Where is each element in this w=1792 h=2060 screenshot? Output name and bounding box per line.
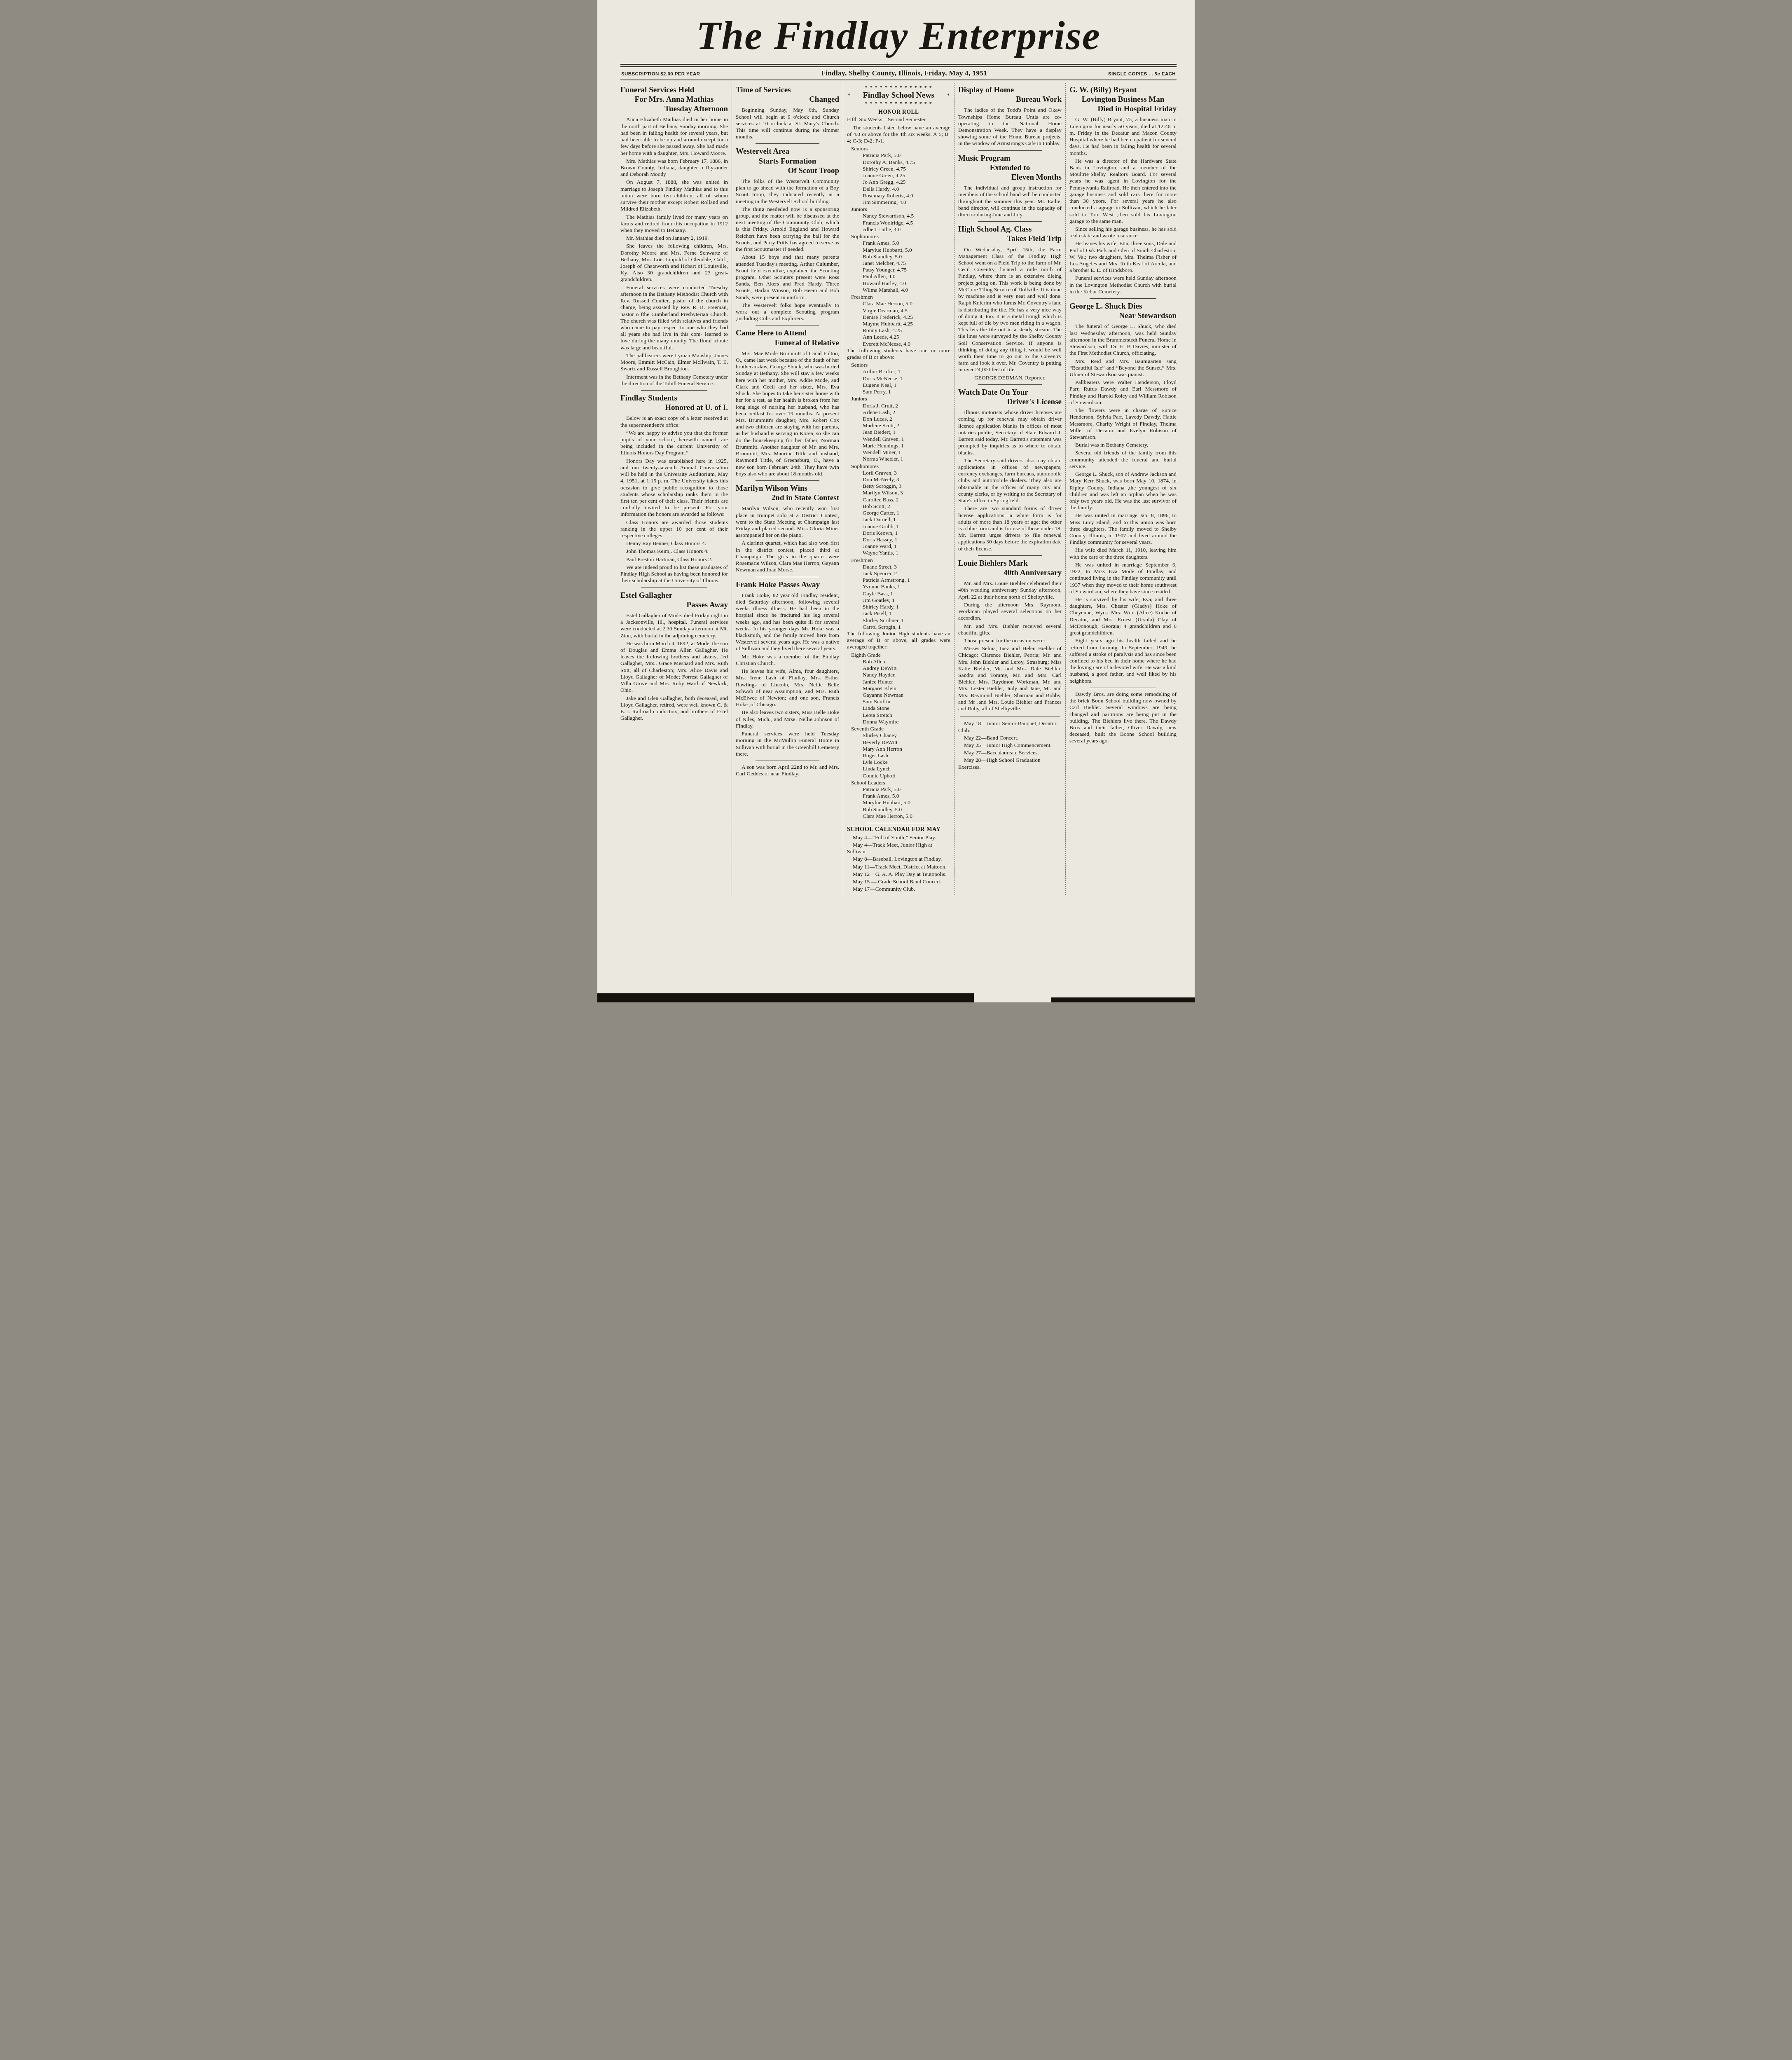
- article-george-shuck-dies: George L. Shuck DiesNear StewardsonThe f…: [1069, 302, 1177, 688]
- headline-line: Marilyn Wilson Wins: [736, 484, 839, 493]
- honor-roll-name: Nancy Hayden: [863, 672, 950, 678]
- column-3: * * * * * * * * * * * * * **Findlay Scho…: [843, 83, 954, 895]
- paragraph: Anna Elizabeth Mathias died in her home …: [620, 116, 728, 156]
- honor-roll-name: Patricia Park, 5.0: [863, 786, 950, 793]
- honor-roll-name: Shirley Hardy, 1: [863, 604, 950, 610]
- honor-roll-name: Frank Ames, 5.0: [863, 240, 950, 246]
- honor-roll-name: Frank Ames, 5.0: [863, 793, 950, 799]
- article-gw-billy-bryant-died: G. W. (Billy) BryantLovington Business M…: [1069, 85, 1177, 299]
- honor-roll-name: Shirley Scribner, 1: [863, 617, 950, 624]
- class-group-label: Juniors: [851, 206, 950, 213]
- paragraph: He was united in marriage September 6, 1…: [1069, 562, 1177, 595]
- honor-roll-name: Shirley Green, 4.75: [863, 166, 950, 172]
- paragraph: John Thomas Keim,. Class Honors 4.: [620, 548, 728, 555]
- calendar-item: May 27—Baccalaureate Services.: [958, 749, 1062, 756]
- honor-roll-name: Duane Street, 3: [863, 564, 950, 570]
- calendar-item: May 4—“Full of Youth,” Senior Play.: [847, 834, 950, 841]
- paragraph: Class Honors are awarded those students …: [620, 519, 728, 539]
- school-news-banner: * * * * * * * * * * * * * **Findlay Scho…: [847, 84, 950, 107]
- single-copy-price: SINGLE COPIES . . 5c EACH: [1108, 72, 1176, 77]
- honor-roll-name: Dorothy A. Banks, 4.75: [863, 159, 950, 166]
- headline-line: Funeral Services Held: [620, 85, 728, 95]
- headline-line: Extended to: [958, 163, 1062, 173]
- section-divider: [641, 390, 708, 391]
- paragraph: He also leaves two sisters, Miss Belle H…: [736, 709, 839, 729]
- article-time-of-services-changed: Time of ServicesChangedBeginning Sunday,…: [736, 85, 839, 144]
- class-group-label: Seniors: [851, 362, 950, 368]
- honor-roll-name: Wilma Marshall, 4.0: [863, 287, 950, 293]
- paragraph: Misses Selma, Inez and Helen Biehler of …: [958, 645, 1062, 712]
- article-headline: Frank Hoke Passes Away: [736, 580, 839, 590]
- section-divider: [978, 150, 1042, 151]
- honor-roll-name: Jim Simmering, 4.0: [863, 199, 950, 206]
- class-group-label: Freshmen: [851, 294, 950, 300]
- headline-line: Findlay Students: [620, 393, 728, 403]
- article-ag-class-field-trip: High School Ag. ClassTakes Field TripOn …: [958, 225, 1062, 385]
- honor-roll-name: Jean Biedert, 1: [863, 429, 950, 435]
- star-row: * * * * * * * * * * * * * *: [847, 101, 950, 107]
- honor-roll-name: Lyle Locke: [863, 759, 950, 765]
- article-dawdy-bros-remodeling: Dawdy Bros. are doing some remodeling of…: [1069, 691, 1177, 744]
- honor-roll-name: Norma Wheeler, 1: [863, 456, 950, 462]
- headline-line: Came Here to Attend: [736, 328, 839, 338]
- section-divider: [978, 555, 1042, 556]
- section-subhead: HONOR ROLL: [847, 109, 950, 115]
- paragraph: The ladies of the Todd's Point and Okaw …: [958, 107, 1062, 147]
- honor-roll-name: Mary Ann Herron: [863, 746, 950, 752]
- honor-roll-name: Janet Melcher, 4.75: [863, 260, 950, 267]
- honor-roll-name: Don Lucas, 2: [863, 416, 950, 422]
- honor-roll-name: Gayle Bass, 1: [863, 590, 950, 597]
- paragraph: The funeral of George L. Shuck, who died…: [1069, 323, 1177, 356]
- honor-roll-name: Beverly DeWitt: [863, 739, 950, 746]
- class-group-label: School Leaders: [851, 780, 950, 786]
- honor-roll-name: Linda Lynch: [863, 765, 950, 772]
- honor-roll-name: Patsy Younger, 4.75: [863, 267, 950, 273]
- paragraph: A son was born April 22nd to Mr. and Mrs…: [736, 764, 839, 777]
- article-headline: High School Ag. ClassTakes Field Trip: [958, 225, 1062, 243]
- section-divider: [1090, 298, 1156, 299]
- paragraph: Since selling his garage business, he ha…: [1069, 226, 1177, 239]
- honor-roll-name: Ronny Lash, 4.25: [863, 327, 950, 334]
- article-headline: Time of ServicesChanged: [736, 85, 839, 104]
- section-divider: [867, 823, 931, 823]
- paragraph: Mr. and Mrs. Louie Biehler celebrated th…: [958, 580, 1062, 600]
- paragraph: Mrs. Mae Mode Brummitt of Canal Fulton, …: [736, 350, 839, 477]
- reporter-byline: GEORGE DEDMAN, Reporter.: [958, 375, 1062, 381]
- article-headline: Came Here to AttendFuneral of Relative: [736, 328, 839, 347]
- paragraph: He was a director of the Hardware State …: [1069, 158, 1177, 225]
- paragraph: Jake and Glen Gallagher, both deceased, …: [620, 695, 728, 722]
- headline-line: 40th Anniversary: [958, 568, 1062, 578]
- honor-roll-name: Doris Hassey, 1: [863, 536, 950, 543]
- headline-line: For Mrs. Anna Mathias: [620, 95, 728, 104]
- honor-roll-name: Wendell Miner, 1: [863, 449, 950, 456]
- honor-roll-name: Loril Graven, 3: [863, 470, 950, 476]
- section-divider: [756, 480, 820, 481]
- honor-roll-name: Ann Leeds, 4.25: [863, 334, 950, 340]
- honor-roll-name: Joanne Grubb, 1: [863, 523, 950, 530]
- article-headline: Louie Biehlers Mark40th Anniversary: [958, 559, 1062, 578]
- paragraph: He leaves his wife, Alma, four daughters…: [736, 668, 839, 708]
- article-headline: Findlay StudentsHonored at U. of I.: [620, 393, 728, 412]
- article-louie-biehlers-anniversary: Louie Biehlers Mark40th AnniversaryMr. a…: [958, 559, 1062, 717]
- honor-roll-name: Mayme Hubbartt, 4.25: [863, 321, 950, 327]
- honor-roll-name: Joanne Ward, 1: [863, 543, 950, 550]
- masthead-double-rule: [620, 64, 1177, 67]
- paragraph: Pallbearers were Walter Henderson, Floyd…: [1069, 379, 1177, 406]
- class-group-label: Seventh Grade: [851, 726, 950, 732]
- calendar-item: May 12—G. A. A. Play Day at Teutopolis.: [847, 871, 950, 878]
- paragraph: Mr. and Mrs. Biehler received several eb…: [958, 623, 1062, 636]
- article-music-program-extended: Music ProgramExtended toEleven MonthsThe…: [958, 154, 1062, 222]
- honor-roll-name: Della Hardy, 4.0: [863, 186, 950, 192]
- paragraph: Estel Gallagher of Mode. died Friday nig…: [620, 612, 728, 639]
- honor-roll-name: Donna Waymire: [863, 719, 950, 725]
- scan-edge-artifact: [597, 993, 974, 1002]
- article-headline: Estel GallagherPasses Away: [620, 591, 728, 610]
- body-columns: Funeral Services HeldFor Mrs. Anna Mathi…: [620, 83, 1177, 895]
- honor-roll-name: Gayanne Newman: [863, 692, 950, 698]
- paragraph: The Secretary said drivers also may obta…: [958, 457, 1062, 504]
- dateline-row: SUBSCRIPTION $2.00 PER YEAR Findlay, She…: [620, 68, 1177, 80]
- school-news-title: Findlay School News: [863, 91, 934, 100]
- paragraph: The Westervelt folks hope eventually to …: [736, 302, 839, 322]
- paragraph: The following students have one or more …: [847, 347, 950, 360]
- honor-roll-name: Connie Uphoff: [863, 772, 950, 779]
- class-group-label: Sophomores: [851, 233, 950, 240]
- honor-roll-name: Linda Stone: [863, 705, 950, 712]
- headline-line: Near Stewardson: [1069, 311, 1177, 321]
- headline-line: Takes Field Trip: [958, 234, 1062, 243]
- article-findlay-students-honored: Findlay StudentsHonored at U. of I.Below…: [620, 393, 728, 588]
- paragraph: The individual and group instruction for…: [958, 185, 1062, 218]
- paragraph: Fifth Six Weeks—Second Semester: [847, 116, 950, 123]
- paragraph: Illinois motorists whose driver licenses…: [958, 409, 1062, 456]
- class-group-label: Seniors: [851, 145, 950, 152]
- paragraph: During the afternoon Mrs. Raymond Workma…: [958, 602, 1062, 622]
- paragraph: Funeral services were held Sunday aftern…: [1069, 275, 1177, 295]
- honor-roll-name: Clara Mae Herron, 5.0: [863, 300, 950, 307]
- section-subhead: SCHOOL CALENDAR FOR MAY: [847, 826, 950, 833]
- headline-line: Changed: [736, 95, 839, 104]
- headline-line: Frank Hoke Passes Away: [736, 580, 839, 590]
- paragraph: “We are happy to advise you that the for…: [620, 430, 728, 456]
- paragraph: On Wednesday, April 15th, the Farm Manag…: [958, 246, 1062, 373]
- honor-roll-name: Arlene Lash, 2: [863, 409, 950, 416]
- paragraph: The flowers were in charge of Eunice Hen…: [1069, 407, 1177, 440]
- class-group-label: Freshmen: [851, 557, 950, 564]
- paragraph: Funeral services were held Tuesday morni…: [736, 730, 839, 757]
- article-headline: Westervelt AreaStarts FormationOf Scout …: [736, 147, 839, 176]
- honor-roll-name: Arthur Bricker, 1: [863, 368, 950, 375]
- honor-roll-name: Virgie Dearman, 4.5: [863, 307, 950, 314]
- column-4: Display of HomeBureau WorkThe ladies of …: [954, 83, 1065, 895]
- honor-roll-name: Patricia Park, 5.0: [863, 152, 950, 159]
- honor-roll-name: Marylue Hubbart, 5.0: [863, 799, 950, 806]
- headline-line: George L. Shuck Dies: [1069, 302, 1177, 311]
- paragraph: Mr. Hoke was a member of the Findlay Chr…: [736, 653, 839, 667]
- headline-line: Honored at U. of I.: [620, 403, 728, 412]
- article-came-here-to-attend-funeral: Came Here to AttendFuneral of RelativeMr…: [736, 328, 839, 481]
- honor-roll-name: Sam Perry, 1: [863, 389, 950, 395]
- article-westervelt-scout-troop: Westervelt AreaStarts FormationOf Scout …: [736, 147, 839, 325]
- headline-line: Estel Gallagher: [620, 591, 728, 600]
- headline-line: Display of Home: [958, 85, 1062, 95]
- calendar-item: May 22—Band Concert.: [958, 735, 1062, 741]
- paragraph: The following Junior High students have …: [847, 630, 950, 651]
- honor-roll-name: Audrey DeWitt: [863, 665, 950, 672]
- column-1: Funeral Services HeldFor Mrs. Anna Mathi…: [620, 83, 732, 895]
- honor-roll-name: Marlene Scott, 2: [863, 422, 950, 429]
- headline-line: Tuesday Afternoon: [620, 104, 728, 114]
- masthead-bottom-rule: [620, 80, 1177, 80]
- honor-roll-name: Caroliee Bass, 2: [863, 496, 950, 503]
- honor-roll-name: George Carter, 1: [863, 510, 950, 516]
- honor-roll-name: Marie Hennings, 1: [863, 442, 950, 449]
- paragraph: Denny Ray Benner, Class Honors 4.: [620, 540, 728, 547]
- honor-roll-name: Sam Snuffin: [863, 698, 950, 705]
- school-news-title-row: *Findlay School News*: [847, 91, 950, 101]
- paragraph: Mrs. Reid and Mrs. Baumgarten sang “Beau…: [1069, 358, 1177, 378]
- article-headline: Music ProgramExtended toEleven Months: [958, 154, 1062, 183]
- section-divider: [1090, 688, 1156, 688]
- paragraph: Honors Day was established here in 1925,…: [620, 458, 728, 518]
- paragraph: George L. Shuck, son of Andrew Jackson a…: [1069, 471, 1177, 511]
- honor-roll-name: Jack Pisell, 1: [863, 610, 950, 617]
- column-5: G. W. (Billy) BryantLovington Business M…: [1065, 83, 1177, 895]
- article-birth-geddes: A son was born April 22nd to Mr. and Mrs…: [736, 764, 839, 777]
- section-divider: [978, 384, 1042, 385]
- headline-line: Louie Biehlers Mark: [958, 559, 1062, 568]
- paragraph: Paul Preston Hartman, Class Honors 2.: [620, 556, 728, 563]
- paragraph: A clarinet quartet, which had also won f…: [736, 540, 839, 573]
- honor-roll-name: Wendell Graven, 1: [863, 436, 950, 442]
- honor-roll-name: Joanne Green, 4.25: [863, 172, 950, 179]
- headline-line: Lovington Business Man: [1069, 95, 1177, 104]
- paragraph: His wife died March 11, 1910, leaving hi…: [1069, 547, 1177, 560]
- paragraph: Mrs. Mathias was born February 17, 1886,…: [620, 158, 728, 178]
- article-headline: Funeral Services HeldFor Mrs. Anna Mathi…: [620, 85, 728, 114]
- honor-roll-name: Howard Harley, 4.0: [863, 280, 950, 287]
- headline-line: Westervelt Area: [736, 147, 839, 156]
- subscription-price: SUBSCRIPTION $2.00 PER YEAR: [621, 72, 700, 77]
- honor-roll-name: Bob Standley, 5.0: [863, 253, 950, 260]
- paragraph: Those present for the occasion were:: [958, 637, 1062, 644]
- honor-roll-name: Jack Darnell, 1: [863, 516, 950, 523]
- paragraph: Frank Hoke, 82-year-old Findlay resident…: [736, 592, 839, 652]
- honor-roll-name: Marylue Hubbartt, 5.0: [863, 247, 950, 253]
- paragraph: We are indeed proud to list these gradua…: [620, 564, 728, 584]
- article-headline: Watch Date On YourDriver's License: [958, 388, 1062, 407]
- star-glyph: *: [947, 92, 950, 98]
- headline-line: Driver's License: [958, 397, 1062, 407]
- article-findlay-school-news: * * * * * * * * * * * * * **Findlay Scho…: [847, 84, 950, 823]
- star-row: * * * * * * * * * * * * * *: [847, 84, 950, 91]
- honor-roll-name: Rosemary Roberts, 4.0: [863, 192, 950, 199]
- paragraph: She leaves the following children, Mrs. …: [620, 243, 728, 283]
- honor-roll-name: Bob Scott, 2: [863, 503, 950, 510]
- paragraph: The students listed below have an averag…: [847, 124, 950, 145]
- calendar-item: May 4—Track Meet, Junior High at Sulliva…: [847, 842, 950, 855]
- paragraph: Marilyn Wilson, who recently won first p…: [736, 505, 839, 538]
- honor-roll-name: Albert Luthe, 4.0: [863, 226, 950, 233]
- paragraph: Dawdy Bros. are doing some remodeling of…: [1069, 691, 1177, 744]
- calendar-item: May 18—Junior-Senior Banquet, Decatur Cl…: [958, 720, 1062, 733]
- honor-roll-name: Nancy Stewardson, 4.5: [863, 213, 950, 219]
- honor-roll-name: Marilyn Wilson, 3: [863, 489, 950, 496]
- article-frank-hoke-passes-away: Frank Hoke Passes AwayFrank Hoke, 82-yea…: [736, 580, 839, 761]
- paragraph: The folks of the Westervelt Community pl…: [736, 178, 839, 205]
- scan-edge-artifact: [1051, 997, 1195, 1002]
- honor-roll-name: Jim Goatley, 1: [863, 597, 950, 604]
- paragraph: The pallbearers were Lyman Manship, Jame…: [620, 352, 728, 372]
- honor-roll-name: Denise Frederick, 4.25: [863, 314, 950, 321]
- honor-roll-name: Janice Hunter: [863, 679, 950, 685]
- paragraph: The thing neededed now is a sponsoring g…: [736, 206, 839, 253]
- honor-roll-name: Francis Woolridge, 4.5: [863, 220, 950, 226]
- headline-line: 2nd in State Contest: [736, 493, 839, 503]
- honor-roll-name: Patricia Armstrong, 1: [863, 577, 950, 583]
- headline-line: Watch Date On Your: [958, 388, 1062, 397]
- paragraph: The Mathias family lived for many years …: [620, 214, 728, 234]
- paragraph: He leaves his wife, Etta; three sons, Da…: [1069, 240, 1177, 274]
- class-group-label: Eighth Grade: [851, 652, 950, 658]
- honor-roll-name: Paul Allen, 4.0: [863, 273, 950, 280]
- headline-line: Time of Services: [736, 85, 839, 95]
- calendar-item: May 17—Community Club.: [847, 886, 950, 892]
- paragraph: Burial was in Bethany Cemetery.: [1069, 442, 1177, 448]
- paragraph: He is survived by his wife, Eva; and thr…: [1069, 596, 1177, 636]
- honor-roll-name: Doris McNeese, 1: [863, 375, 950, 382]
- section-divider: [756, 761, 820, 761]
- article-headline: Marilyn Wilson Wins2nd in State Contest: [736, 484, 839, 503]
- calendar-item: May 8—Baseball, Lovington at Findlay.: [847, 856, 950, 862]
- headline-line: Bureau Work: [958, 95, 1062, 104]
- calendar-item: May 15 — Grade School Band Concert.: [847, 878, 950, 885]
- section-divider: [756, 577, 820, 577]
- paper-title: The Findlay Enterprise: [620, 16, 1177, 56]
- honor-roll-name: Everett McNeese, 4.0: [863, 341, 950, 347]
- article-headline: Display of HomeBureau Work: [958, 85, 1062, 104]
- honor-roll-name: Yvonne Banks, 1: [863, 583, 950, 590]
- honor-roll-name: Wayne Yantis, 1: [863, 550, 950, 556]
- honor-roll-name: Carrol Scrogin, 1: [863, 624, 950, 630]
- paragraph: Interment was in the Bethany Cemetery un…: [620, 374, 728, 387]
- headline-line: High School Ag. Class: [958, 225, 1062, 234]
- paragraph: There are two standard forms of driver l…: [958, 505, 1062, 552]
- column-2: Time of ServicesChangedBeginning Sunday,…: [732, 83, 843, 895]
- star-glyph: *: [848, 92, 850, 98]
- honor-roll-name: Eugene Neal, 1: [863, 382, 950, 389]
- class-group-label: Sophomores: [851, 463, 950, 470]
- article-estel-gallagher-passes-away: Estel GallagherPasses AwayEstel Gallaghe…: [620, 591, 728, 722]
- paragraph: Mr. Mathias died on January 2, 1919.: [620, 235, 728, 241]
- honor-roll-name: Jack Spencer, 2: [863, 570, 950, 577]
- paragraph: Funeral services were conducted Tuesday …: [620, 284, 728, 351]
- calendar-item: May 25—Junior High Commencement.: [958, 742, 1062, 749]
- article-headline: George L. Shuck DiesNear Stewardson: [1069, 302, 1177, 321]
- article-school-calendar-for-may: SCHOOL CALENDAR FOR MAYMay 4—“Full of Yo…: [847, 826, 950, 892]
- honor-roll-name: Bob Standley, 5.0: [863, 806, 950, 813]
- dateline: Findlay, Shelby County, Illinois, Friday…: [821, 69, 987, 77]
- honor-roll-name: Betty Scroggin, 3: [863, 483, 950, 489]
- headline-line: Passes Away: [620, 600, 728, 610]
- paragraph: Several old friends of the family from t…: [1069, 449, 1177, 470]
- honor-roll-name: Clara Mae Herron, 5.0: [863, 813, 950, 819]
- section-divider: [756, 143, 820, 144]
- section-divider: [960, 716, 1060, 716]
- headline-line: Starts Formation: [736, 157, 839, 166]
- honor-roll-name: Doris Keown, 1: [863, 530, 950, 536]
- honor-roll-name: Roger Lash: [863, 752, 950, 759]
- paragraph: He was born March 4, 1892, at Mode, the …: [620, 640, 728, 694]
- paragraph: Eight years ago his health failed and he…: [1069, 637, 1177, 684]
- honor-roll-name: Bob Allen: [863, 658, 950, 665]
- honor-roll-name: Leota Stretch: [863, 712, 950, 719]
- headline-line: Died in Hospital Friday: [1069, 104, 1177, 114]
- paragraph: Beginning Sunday, May 6th, Sunday School…: [736, 107, 839, 140]
- section-divider: [756, 325, 820, 325]
- section-divider: [978, 221, 1042, 222]
- honor-roll-name: Shirley Chaney: [863, 732, 950, 739]
- calendar-item: May 11—Track Meet, District at Mattoon.: [847, 864, 950, 870]
- honor-roll-name: Doris J. Cruit, 2: [863, 403, 950, 409]
- headline-line: Funeral of Relative: [736, 338, 839, 348]
- headline-line: Music Program: [958, 154, 1062, 163]
- honor-roll-name: Jo Ann Gregg, 4.25: [863, 179, 950, 185]
- article-marilyn-wilson-wins-2nd: Marilyn Wilson Wins2nd in State ContestM…: [736, 484, 839, 577]
- article-school-calendar-continued: May 18—Junior-Senior Banquet, Decatur Cl…: [958, 720, 1062, 770]
- section-divider: [641, 588, 708, 588]
- headline-line: Eleven Months: [958, 173, 1062, 182]
- honor-roll-name: Don McNeely, 3: [863, 476, 950, 483]
- article-display-home-bureau-work: Display of HomeBureau WorkThe ladies of …: [958, 85, 1062, 151]
- paragraph: He was united in marriage Jan. 8, 1896, …: [1069, 512, 1177, 545]
- paragraph: G. W. (Billy) Bryant, 73, a business man…: [1069, 116, 1177, 156]
- calendar-item: May 28—High School Graduation Exercises.: [958, 757, 1062, 770]
- class-group-label: Juniors: [851, 396, 950, 402]
- paragraph: About 15 boys and that many parents atte…: [736, 254, 839, 301]
- article-headline: G. W. (Billy) BryantLovington Business M…: [1069, 85, 1177, 114]
- masthead: The Findlay Enterprise SUBSCRIPTION $2.0…: [620, 16, 1177, 80]
- article-watch-date-drivers-license: Watch Date On YourDriver's LicenseIllino…: [958, 388, 1062, 556]
- headline-line: G. W. (Billy) Bryant: [1069, 85, 1177, 95]
- honor-roll-name: Margaret Klein: [863, 685, 950, 692]
- article-funeral-services-anna-mathias: Funeral Services HeldFor Mrs. Anna Mathi…: [620, 85, 728, 391]
- newspaper-page: The Findlay Enterprise SUBSCRIPTION $2.0…: [597, 0, 1195, 1002]
- paragraph: Below is an exact copy of a letter recei…: [620, 415, 728, 428]
- paragraph: On August 7, 1888, she was united in mar…: [620, 179, 728, 212]
- headline-line: Of Scout Troop: [736, 166, 839, 176]
